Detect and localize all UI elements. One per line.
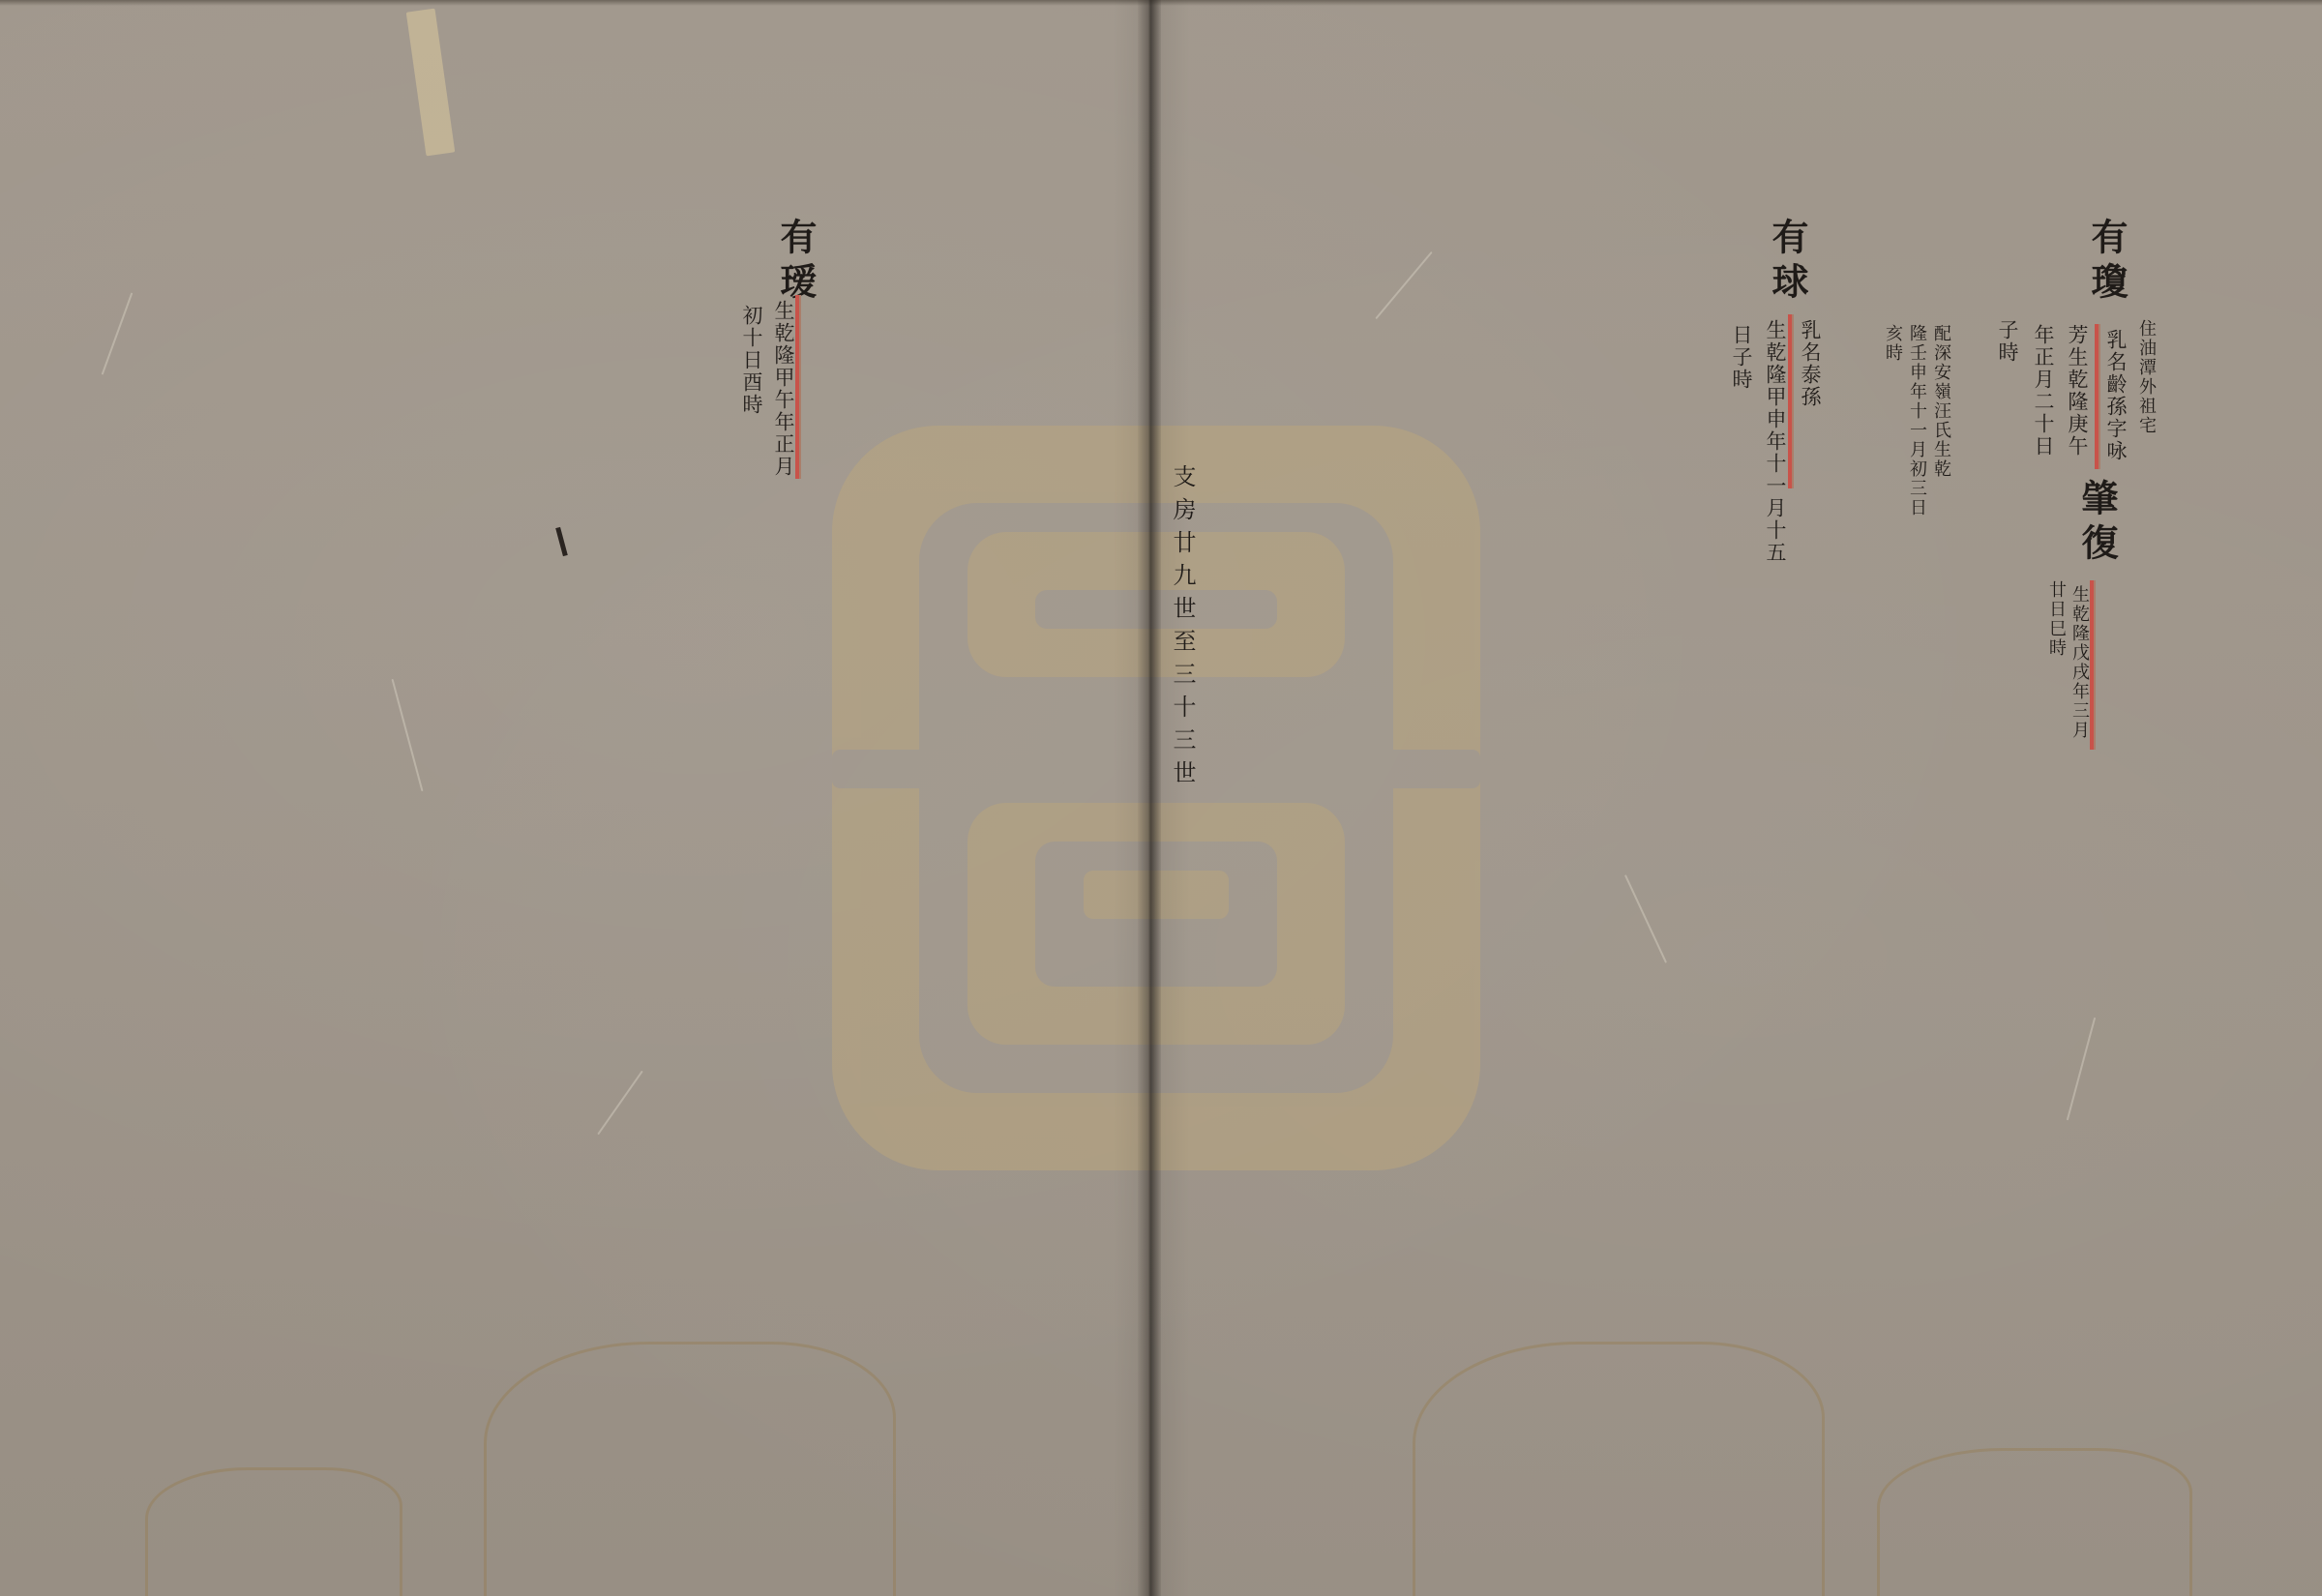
paper-fiber xyxy=(1624,874,1667,962)
child-birth-line2: 廿日巳時 xyxy=(2043,580,2069,658)
entry-spouse-line1: 配深安嶺汪氏生乾 xyxy=(1928,324,1953,479)
entry-birth-line2: 年正月二十日 xyxy=(2029,324,2058,458)
entry-birth-line2: 初十日酉時 xyxy=(737,305,766,416)
entry-name: 有球 xyxy=(1761,218,1814,307)
book-spread: 支房廿九世至三十三世 有瑷 生乾隆甲午年正月 初十日酉時 有球 乳名泰孫 生乾隆… xyxy=(0,0,2322,1596)
water-stain xyxy=(1877,1448,2192,1596)
entry-spouse-line3: 亥時 xyxy=(1880,324,1905,363)
entry-birth-line2: 日子時 xyxy=(1727,324,1756,391)
child-birth-line1: 生乾隆戊戌年三月 xyxy=(2067,585,2092,740)
entry-milk-name: 乳名齡孫字咏 xyxy=(2101,329,2130,462)
child-name: 肇復 xyxy=(2070,479,2124,568)
entry-birth-line1: 生乾隆甲午年正月 xyxy=(769,300,798,478)
entry-birth-line1: 生乾隆甲申年十一月十五 xyxy=(1761,319,1790,564)
watermark-bar xyxy=(1248,750,1480,788)
left-page: 有瑷 生乾隆甲午年正月 初十日酉時 xyxy=(0,0,1142,1596)
entry-birth-line1: 芳生乾隆庚午 xyxy=(2063,324,2092,458)
entry-spouse-line2: 隆壬申年十一月初三日 xyxy=(1904,324,1929,517)
red-rule xyxy=(2095,324,2100,469)
entry-name: 有瓊 xyxy=(2080,218,2133,307)
paper-fiber xyxy=(2067,1018,2096,1121)
entry-note: 住油潭外祖宅 xyxy=(2133,319,2158,435)
paper-fiber xyxy=(1375,251,1432,319)
entry-name: 有瑷 xyxy=(769,218,822,307)
entry-milk-name: 乳名泰孫 xyxy=(1796,319,1825,408)
water-stain xyxy=(1413,1342,1825,1596)
entry-birth-line3: 子時 xyxy=(1993,319,2022,364)
generation-header: 支房廿九世至三十三世 xyxy=(1166,464,1200,793)
ink-mark xyxy=(555,527,568,556)
